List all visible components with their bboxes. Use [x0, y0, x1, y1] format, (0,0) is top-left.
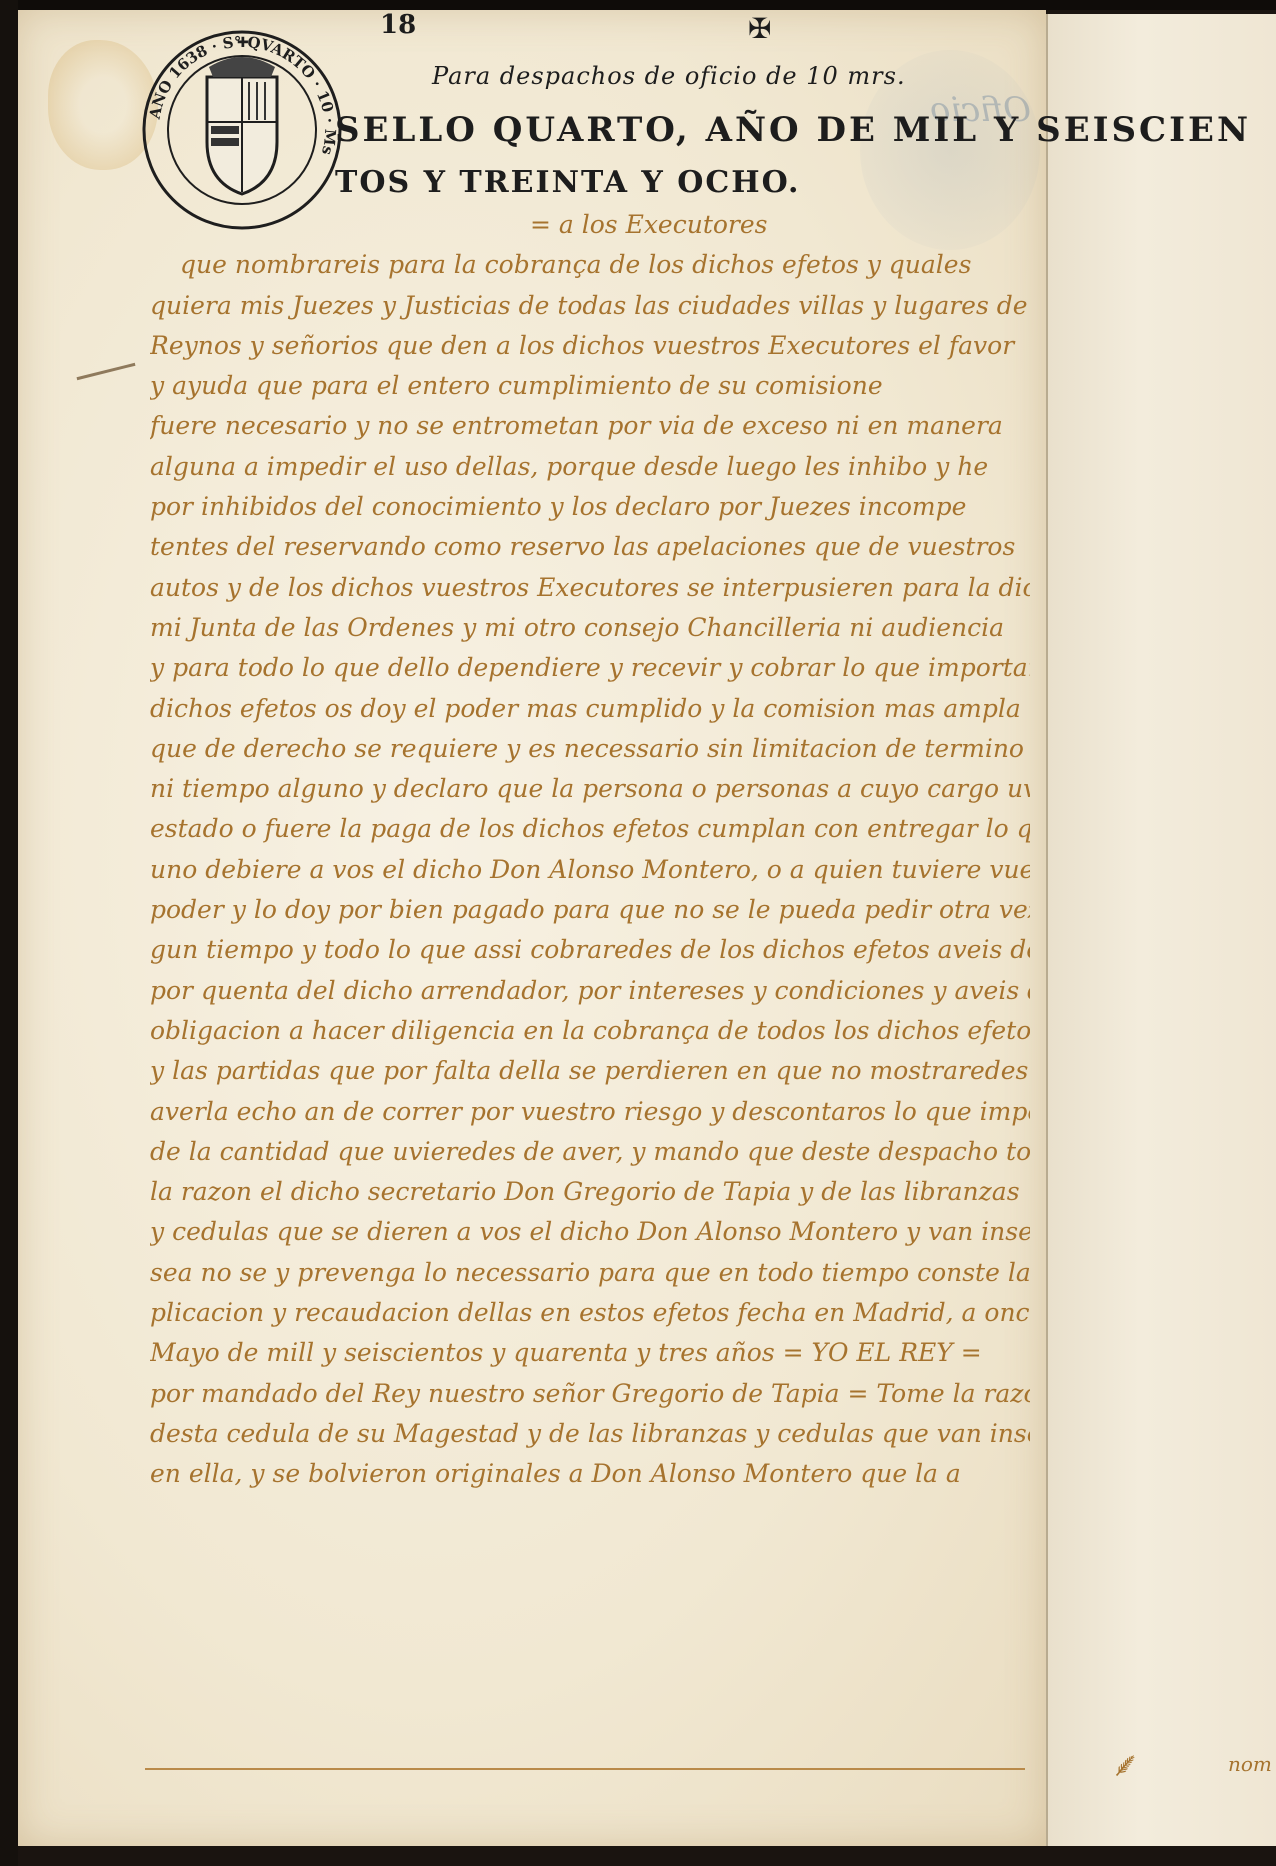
manuscript-line: plicacion y recaudacion dellas en estos … [150, 1293, 1030, 1333]
manuscript-line: poder y lo doy por bien pagado para que … [150, 890, 1030, 930]
manuscript-line: Mayo de mill y seiscientos y quarenta y … [150, 1333, 1030, 1373]
manuscript-text: = a los Executores que nombrareis para l… [150, 205, 1030, 1495]
background-edge-left [0, 0, 18, 1866]
closing-rule [145, 1768, 1025, 1770]
manuscript-line: dichos efetos os doy el poder mas cumpli… [150, 689, 1030, 729]
manuscript-line: ni tiempo alguno y declaro que la person… [150, 769, 1030, 809]
manuscript-line: que nombrareis para la cobrança de los d… [150, 245, 1030, 285]
manuscript-line: Reynos y señorios que den a los dichos v… [150, 326, 1030, 366]
manuscript-line: por inhibidos del conocimiento y los dec… [150, 487, 1030, 527]
printed-header-line-2: SELLO QUARTO, AÑO DE MIL Y SEISCIEN [335, 110, 1251, 150]
folio-number: 18 [380, 10, 416, 40]
manuscript-line: autos y de los dichos vuestros Executore… [150, 568, 1030, 608]
manuscript-line: de la cantidad que uvieredes de aver, y … [150, 1132, 1030, 1172]
manuscript-line: quiera mis Juezes y Justicias de todas l… [150, 286, 1030, 326]
cross-icon: ✠ [748, 12, 771, 45]
printed-header-line-3: TOS Y TREINTA Y OCHO. [335, 165, 800, 200]
manuscript-line: en ella, y se bolvieron originales a Don… [150, 1454, 1030, 1494]
manuscript-line: mi Junta de las Ordenes y mi otro consej… [150, 608, 1030, 648]
printed-header-line-1: Para despachos de oficio de 10 mrs. [432, 62, 906, 90]
next-page-edge [1046, 14, 1276, 1846]
rubric-flourish-icon: ⸙ [1110, 1740, 1136, 1786]
manuscript-line: obligacion a hacer diligencia en la cobr… [150, 1011, 1030, 1051]
manuscript-line: y cedulas que se dieren a vos el dicho D… [150, 1212, 1030, 1252]
manuscript-line: y las partidas que por falta della se pe… [150, 1051, 1030, 1091]
manuscript-line: uno debiere a vos el dicho Don Alonso Mo… [150, 850, 1030, 890]
manuscript-line: por mandado del Rey nuestro señor Gregor… [150, 1374, 1030, 1414]
manuscript-line: = a los Executores [150, 205, 1030, 245]
manuscript-line: gun tiempo y todo lo que assi cobraredes… [150, 930, 1030, 970]
manuscript-line: y ayuda que para el entero cumplimiento … [150, 366, 1030, 406]
background-edge-top [0, 0, 1276, 10]
royal-seal-icon: ANO 1638 · S° QVARTO · 10 · Ms ✚ [137, 22, 347, 232]
manuscript-line: alguna a impedir el uso dellas, porque d… [150, 447, 1030, 487]
manuscript-line: fuere necesario y no se entrometan por v… [150, 406, 1030, 446]
manuscript-line: estado o fuere la paga de los dichos efe… [150, 809, 1030, 849]
manuscript-line: que de derecho se requiere y es necessar… [150, 729, 1030, 769]
catchword: nom [1228, 1752, 1272, 1776]
manuscript-line: averla echo an de correr por vuestro rie… [150, 1092, 1030, 1132]
manuscript-line: por quenta del dicho arrendador, por int… [150, 971, 1030, 1011]
manuscript-line: y para todo lo que dello dependiere y re… [150, 648, 1030, 688]
svg-text:✚: ✚ [237, 35, 249, 51]
manuscript-line: la razon el dicho secretario Don Gregori… [150, 1172, 1030, 1212]
manuscript-line: tentes del reservando como reservo las a… [150, 527, 1030, 567]
manuscript-line: desta cedula de su Magestad y de las lib… [150, 1414, 1030, 1454]
manuscript-line: sea no se y prevenga lo necessario para … [150, 1253, 1030, 1293]
